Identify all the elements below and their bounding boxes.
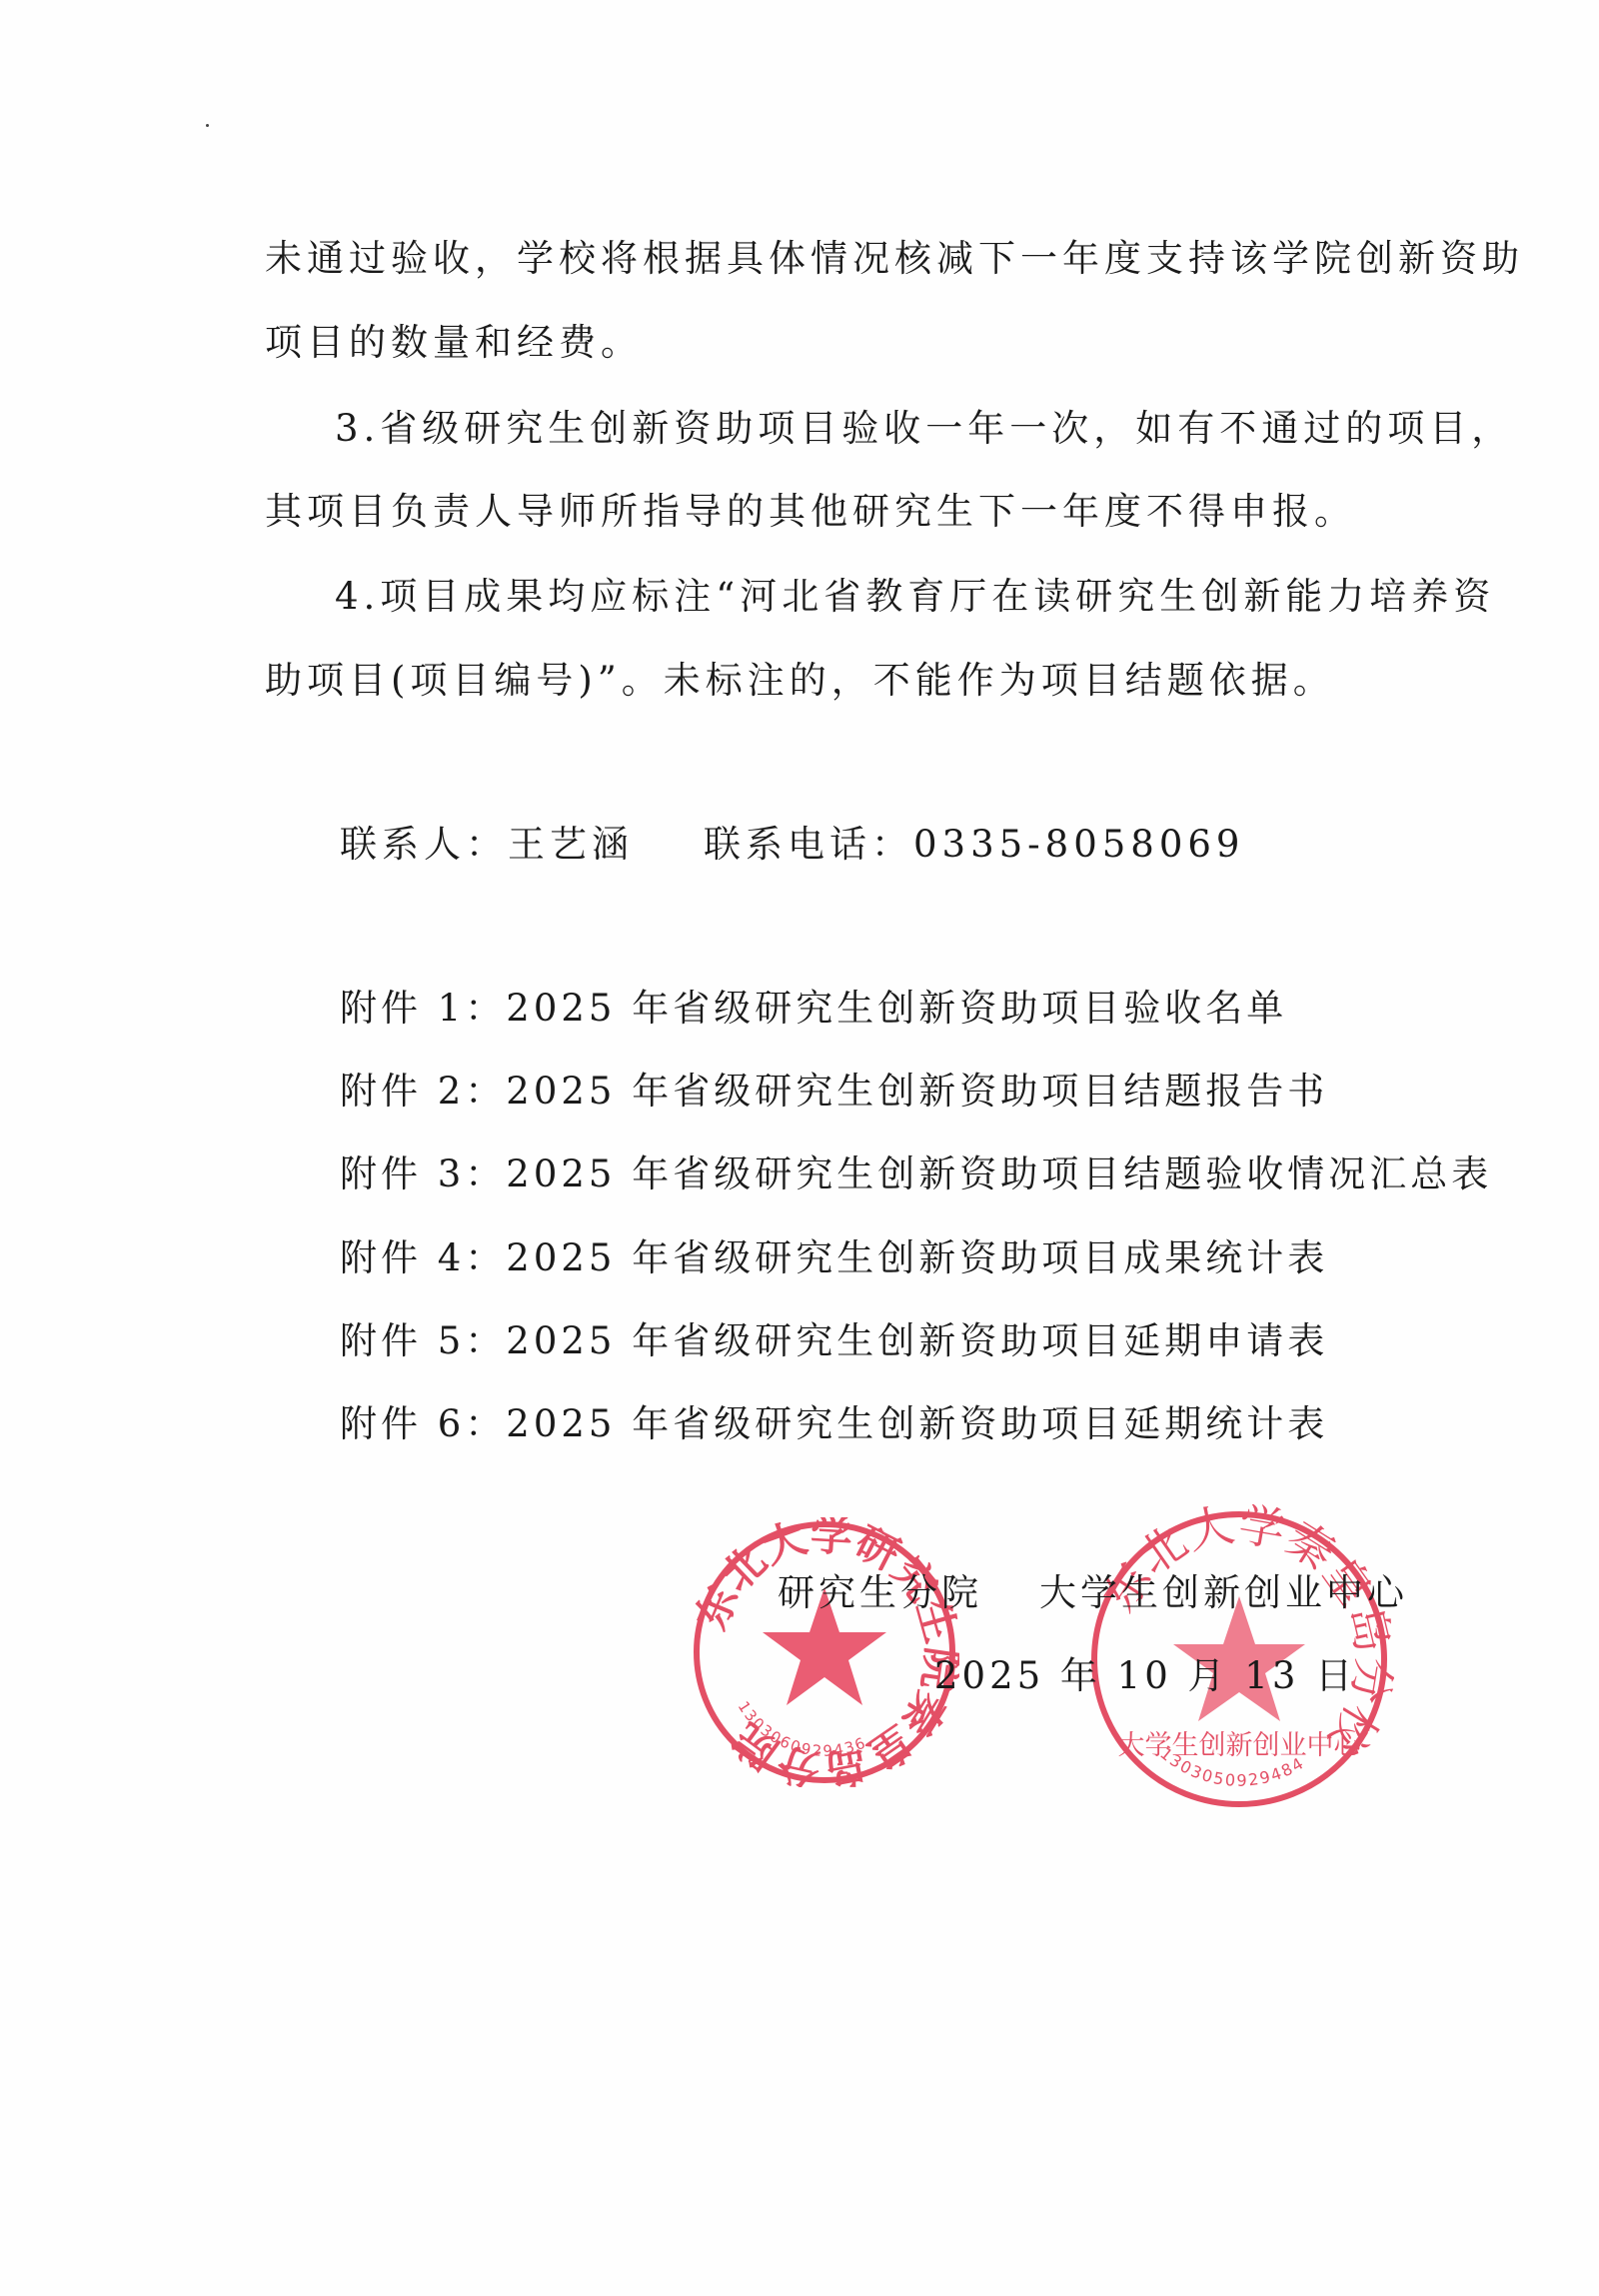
attachment-6: 附件 6：2025 年省级研究生创新资助项目延期统计表: [340, 1405, 1328, 1442]
seal-2-ring-text: 东北大学秦皇岛分校: [1091, 1504, 1394, 1764]
contact-person-label: 联系人：: [340, 823, 508, 866]
contact-person-name: 王艺涵: [508, 823, 634, 866]
paragraph-1-line-2: 项目的数量和经费。: [265, 324, 1374, 361]
paragraph-4-line-2: 助项目(项目编号)”。未标注的，不能作为项目结题依据。: [265, 662, 1374, 699]
contact-phone-label: 联系电话：: [704, 823, 913, 866]
paragraph-3-line-2: 其项目负责人导师所指导的其他研究生下一年度不得申报。: [265, 493, 1374, 530]
attachment-3: 附件 3：2025 年省级研究生创新资助项目结题验收情况汇总表: [340, 1155, 1492, 1192]
attachment-4: 附件 4：2025 年省级研究生创新资助项目成果统计表: [340, 1239, 1328, 1276]
attachment-1: 附件 1：2025 年省级研究生创新资助项目验收名单: [340, 990, 1287, 1027]
contact-phone[interactable]: 0335-8058069: [913, 823, 1244, 866]
svg-text:东北大学研究生院秦皇岛分院: 东北大学研究生院秦皇岛分院: [690, 1517, 959, 1787]
graduate-school-seal: 东北大学研究生院秦皇岛分院 1303060929436: [690, 1517, 959, 1787]
seal-2-center-text: 大学生创新创业中心: [1118, 1730, 1362, 1761]
seal-1-code: 1303060929436: [735, 1698, 869, 1760]
paragraph-1-line-1: 未通过验收，学校将根据具体情况核减下一年度支持该学院创新资助: [265, 240, 1374, 277]
scan-speck: [206, 124, 209, 127]
seal-1-ring-text: 东北大学研究生院秦皇岛分院: [690, 1517, 959, 1787]
svg-text:东北大学秦皇岛分校: 东北大学秦皇岛分校: [1091, 1504, 1394, 1764]
paragraph-3-line-1: 3.省级研究生创新资助项目验收一年一次，如有不通过的项目，: [335, 410, 1513, 447]
contact-line: 联系人：王艺涵联系电话：0335-8058069: [340, 826, 1244, 863]
document-page: 未通过验收，学校将根据具体情况核减下一年度支持该学院创新资助 项目的数量和经费。…: [0, 0, 1599, 2296]
issue-date: 2025 年 10 月 13 日: [934, 1657, 1356, 1694]
attachment-2: 附件 2：2025 年省级研究生创新资助项目结题报告书: [340, 1073, 1328, 1110]
attachment-5: 附件 5：2025 年省级研究生创新资助项目延期申请表: [340, 1322, 1328, 1359]
svg-text:1303050929484: 1303050929484: [1156, 1743, 1308, 1789]
issuer-2: 大学生创新创业中心: [1039, 1574, 1408, 1611]
issuer-1: 研究生分院: [778, 1574, 982, 1611]
seal-2-code: 1303050929484: [1156, 1743, 1308, 1789]
paragraph-4-line-1: 4.项目成果均应标注“河北省教育厅在读研究生创新能力培养资: [335, 578, 1495, 615]
svg-text:1303060929436: 1303060929436: [735, 1698, 869, 1760]
